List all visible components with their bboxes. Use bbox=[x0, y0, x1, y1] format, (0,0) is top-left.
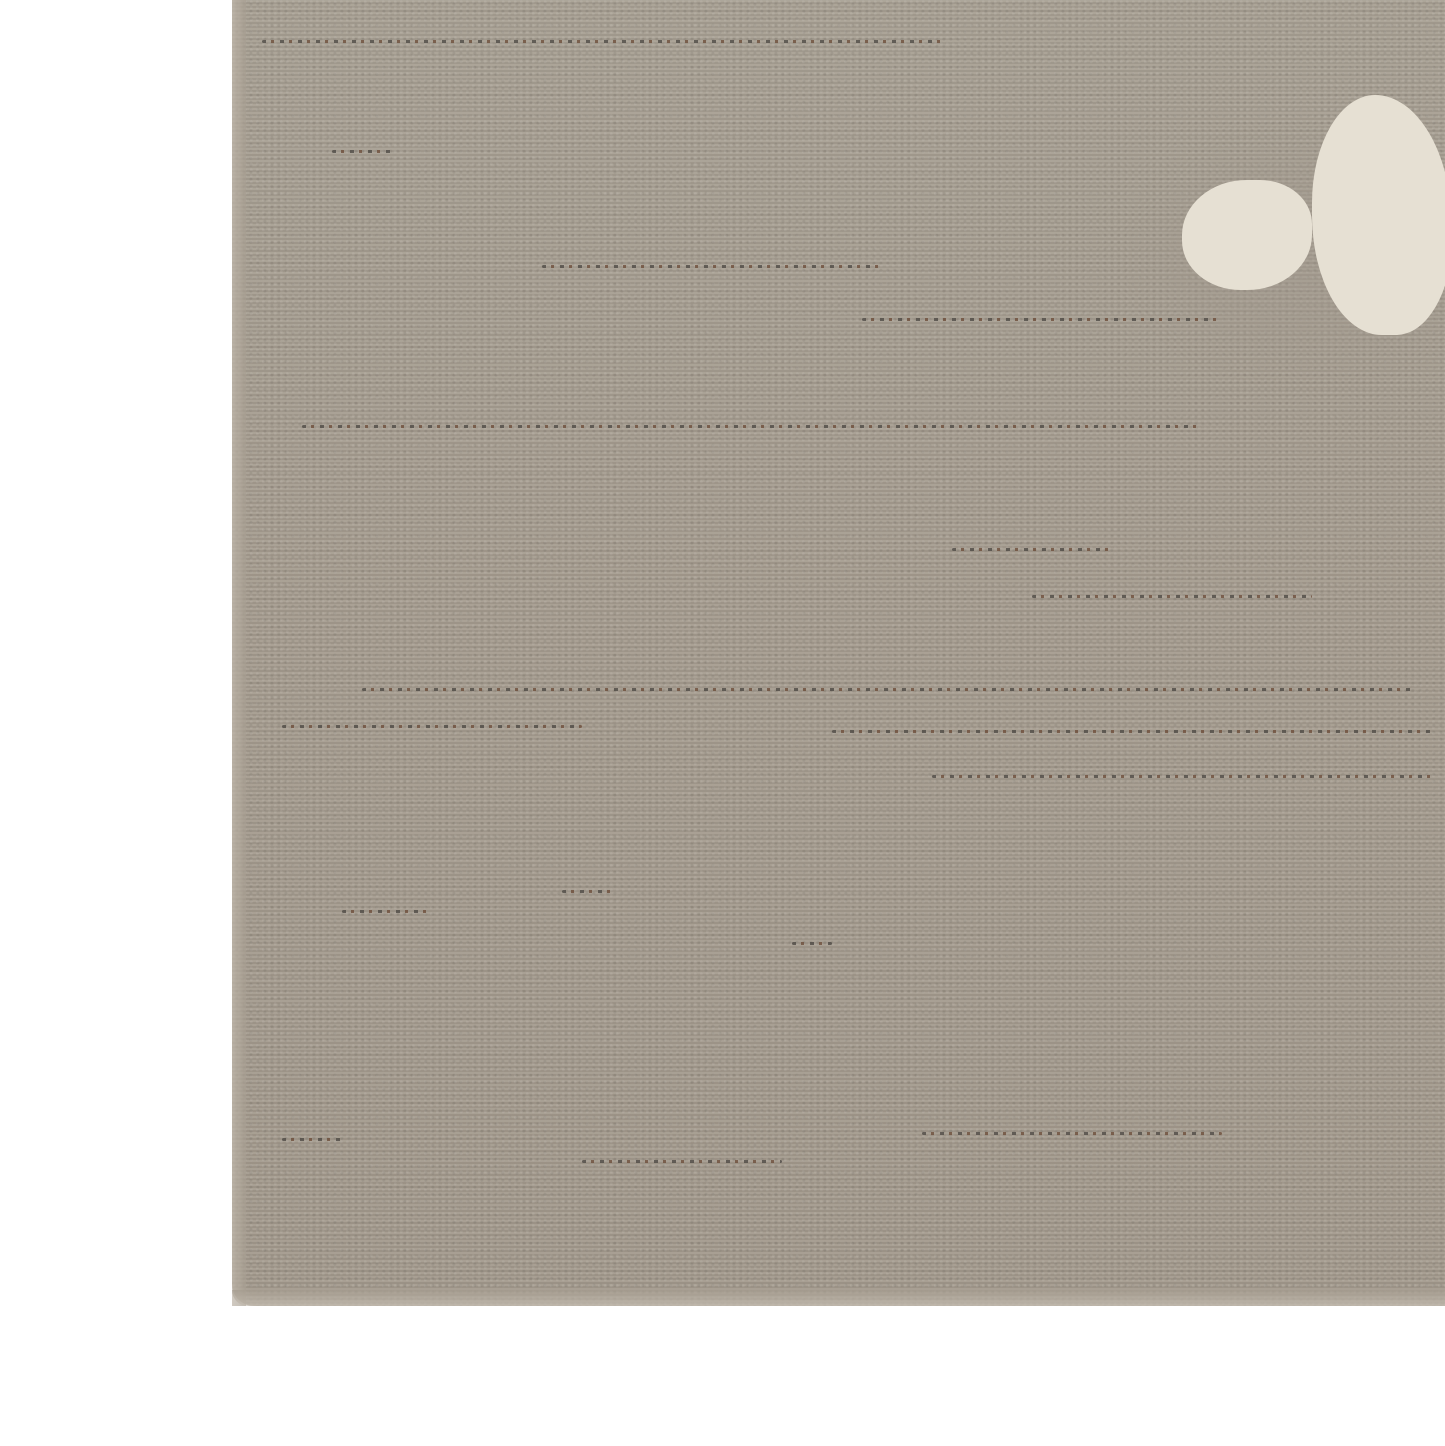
product-photo bbox=[0, 0, 1445, 1446]
rug-corner bbox=[232, 0, 1445, 1306]
fleck-pattern bbox=[232, 0, 1445, 1306]
